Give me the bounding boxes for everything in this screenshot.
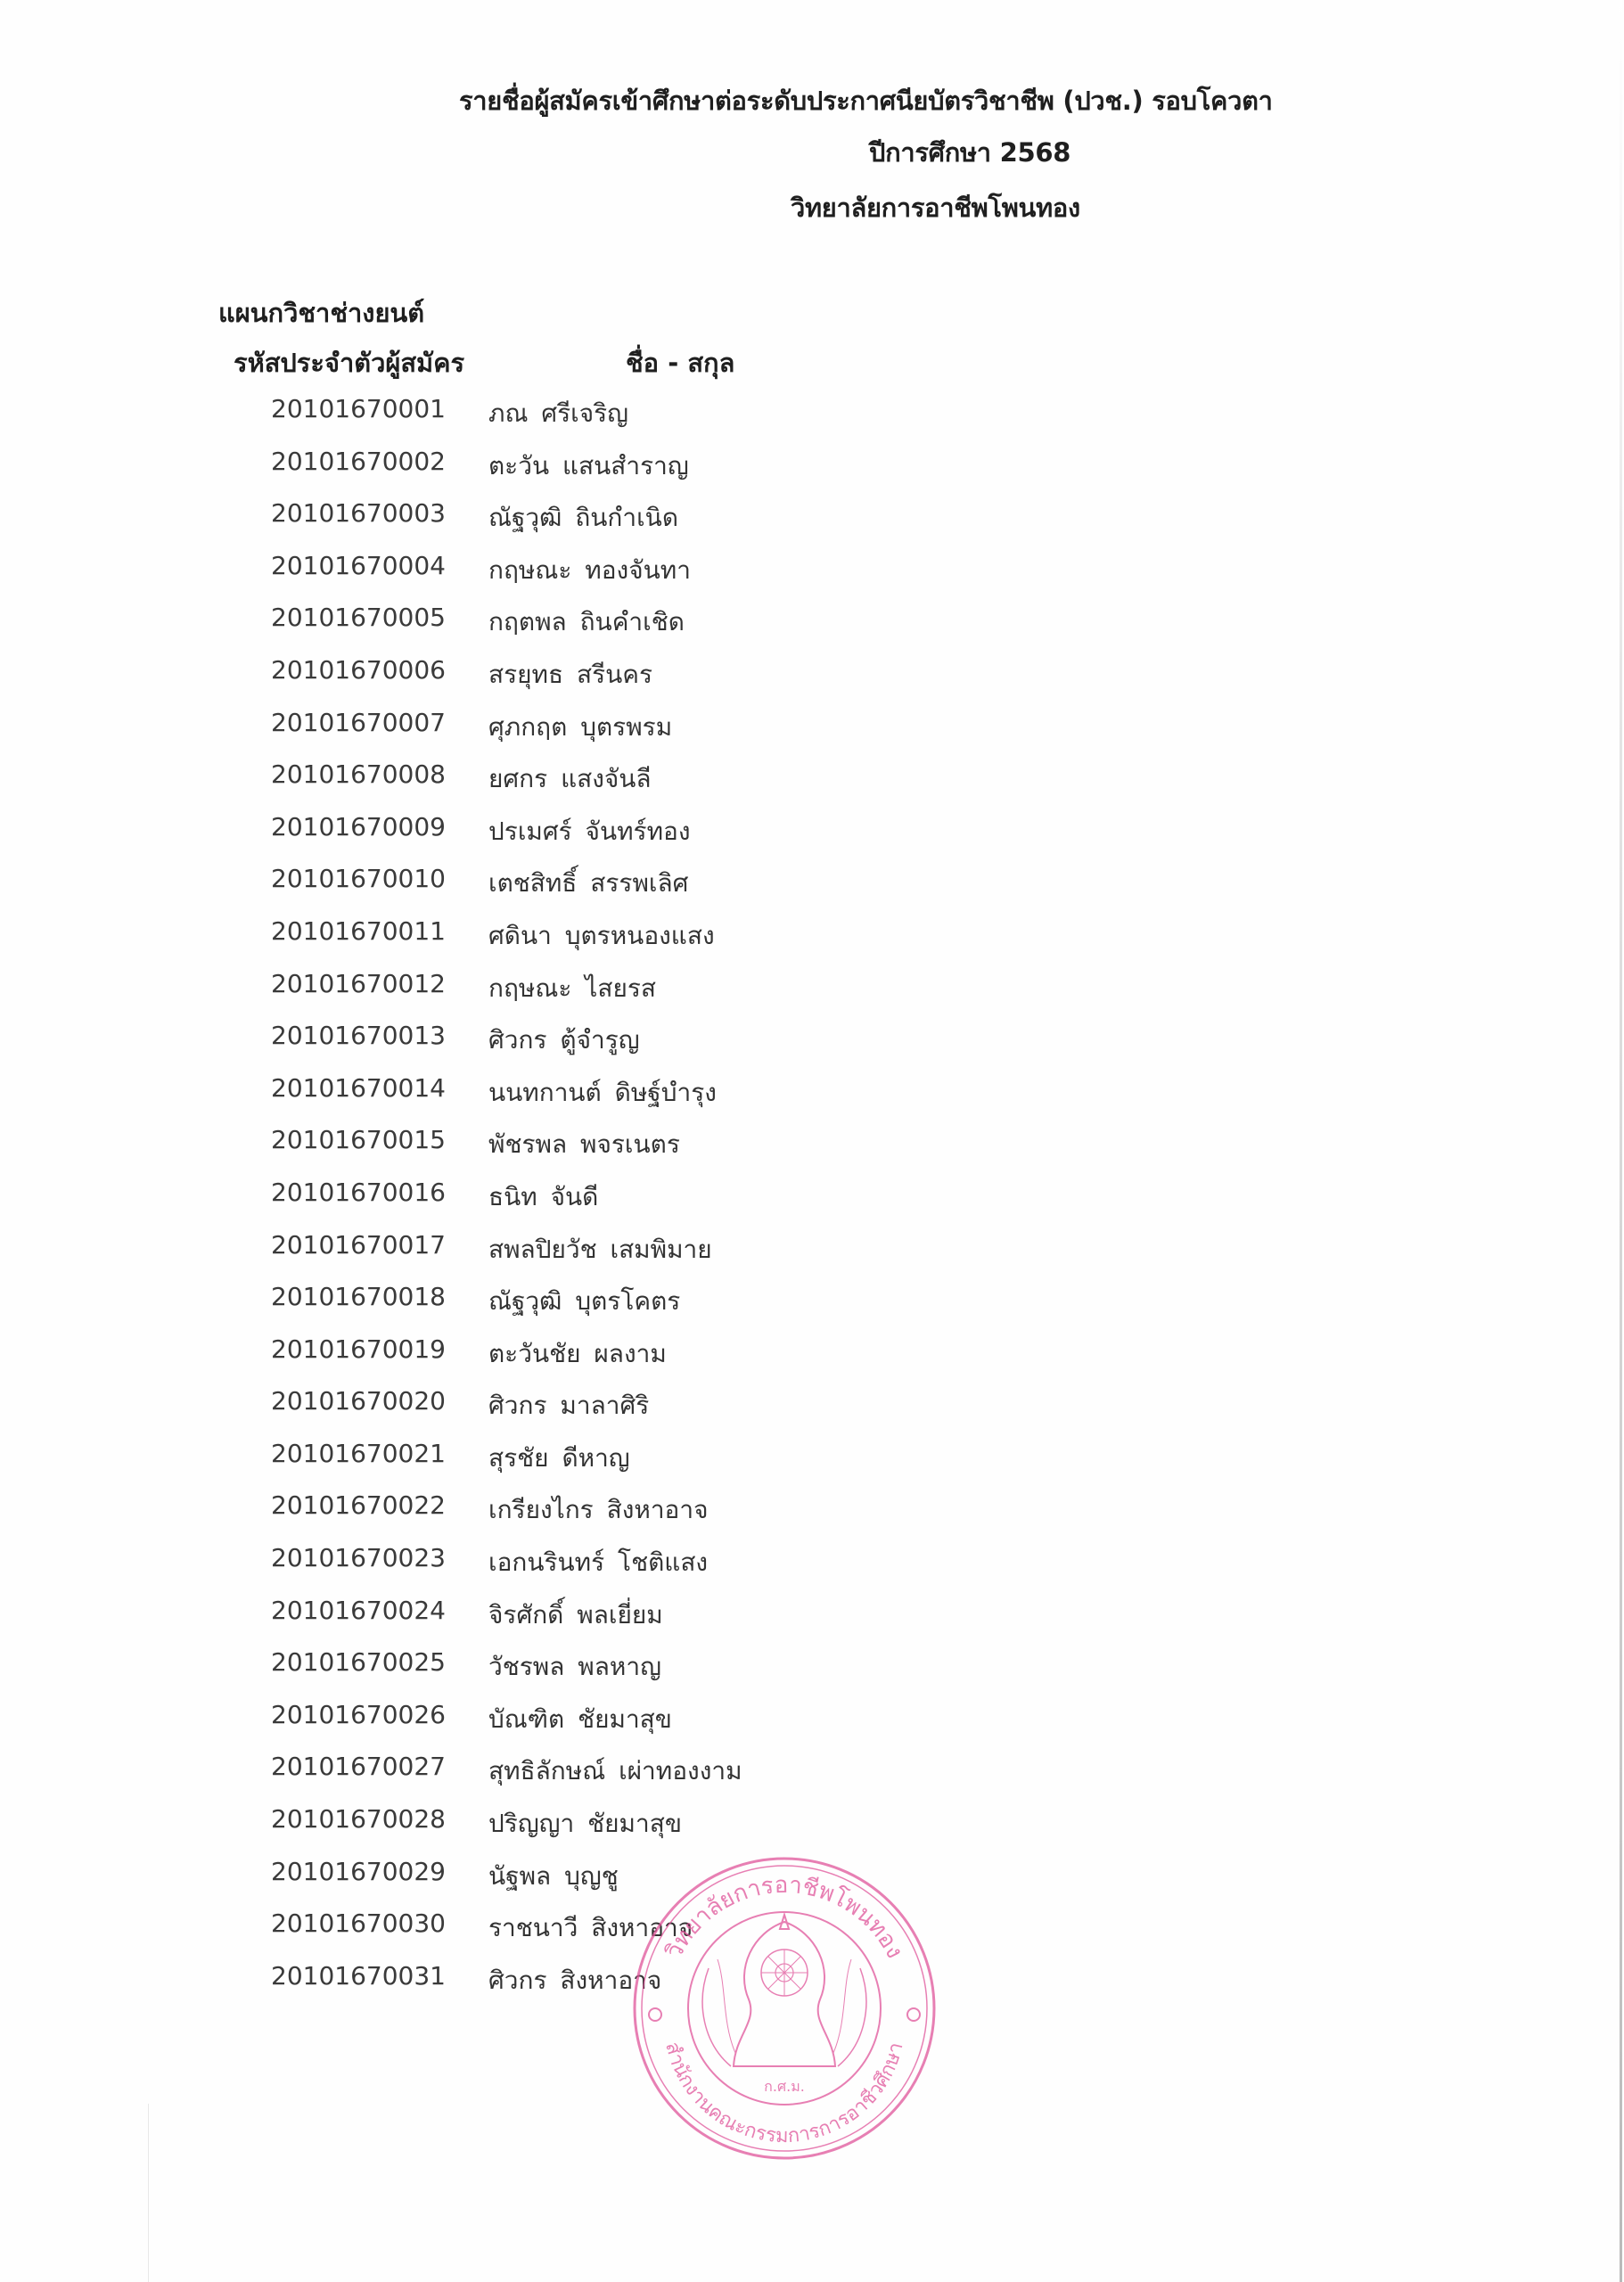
table-row: 20101670030ราชนาวี สิงหาอาจ xyxy=(0,1909,1624,1961)
applicant-name: สรยุทธ สรีนคร xyxy=(488,655,652,694)
college-name: วิทยาลัยการอาชีพโพนทอง xyxy=(791,187,1080,228)
table-row: 20101670019ตะวันชัย ผลงาม xyxy=(0,1334,1624,1387)
applicant-id: 20101670019 xyxy=(271,1334,446,1364)
applicant-id: 20101670021 xyxy=(271,1439,446,1468)
applicant-id: 20101670004 xyxy=(271,551,446,580)
table-row: 20101670007ศุภกฤต บุตรพรม xyxy=(0,708,1624,760)
applicant-name: วัชรพล พลหาญ xyxy=(488,1647,661,1687)
applicant-name: ปริญญา ชัยมาสุข xyxy=(488,1804,682,1843)
table-row: 20101670021สุรชัย ดีหาญ xyxy=(0,1439,1624,1491)
applicant-id: 20101670011 xyxy=(271,916,446,946)
table-row: 20101670022เกรียงไกร สิงหาอาจ xyxy=(0,1490,1624,1543)
department-heading: แผนกวิชาช่างยนต์ xyxy=(218,292,424,333)
column-header-applicant-id: รหัสประจำตัวผู้สมัคร xyxy=(234,342,464,383)
applicant-name: ยศกร แสงจันลี xyxy=(488,759,652,799)
applicant-id: 20101670014 xyxy=(271,1073,446,1103)
table-row: 20101670009ปรเมศร์ จันทร์ทอง xyxy=(0,812,1624,865)
table-row: 20101670018ณัฐวุฒิ บุตรโคตร xyxy=(0,1282,1624,1334)
svg-text:ก.ศ.ม.: ก.ศ.ม. xyxy=(764,2078,805,2095)
academic-year: ปีการศึกษา 2568 xyxy=(869,132,1070,173)
applicant-name: สุรชัย ดีหาญ xyxy=(488,1439,630,1478)
applicant-name: นัฐพล บุญชู xyxy=(488,1857,619,1896)
applicant-name: ราชนาวี สิงหาอาจ xyxy=(488,1909,693,1948)
applicant-id: 20101670002 xyxy=(271,447,446,476)
applicant-id: 20101670029 xyxy=(271,1857,446,1886)
table-row: 20101670013ศิวกร ตู้จำรูญ xyxy=(0,1021,1624,1073)
svg-text:สำนักงานคณะกรรมการการอาชีวศึกษ: สำนักงานคณะกรรมการการอาชีวศึกษา xyxy=(660,2040,908,2147)
table-row: 20101670016ธนิท จันดี xyxy=(0,1178,1624,1230)
applicant-id: 20101670013 xyxy=(271,1021,446,1050)
table-row: 20101670001ภณ ศรีเจริญ xyxy=(0,394,1624,447)
applicant-name: ศิวกร ตู้จำรูญ xyxy=(488,1021,640,1060)
applicant-id: 20101670015 xyxy=(271,1125,446,1154)
table-row: 20101670029นัฐพล บุญชู xyxy=(0,1857,1624,1909)
applicant-name: ตะวันชัย ผลงาม xyxy=(488,1334,667,1374)
applicant-name: กฤษณะ ทองจันทา xyxy=(488,551,691,590)
applicant-name: ศดินา บุตรหนองแสง xyxy=(488,916,715,956)
applicant-id: 20101670001 xyxy=(271,394,446,423)
applicant-name: เตชสิทธิ์ สรรพเลิศ xyxy=(488,864,688,903)
applicant-id: 20101670024 xyxy=(271,1596,446,1625)
table-row: 20101670020ศิวกร มาลาศิริ xyxy=(0,1386,1624,1439)
applicant-id: 20101670030 xyxy=(271,1909,446,1938)
applicant-name: เกรียงไกร สิงหาอาจ xyxy=(488,1490,709,1530)
applicant-id: 20101670017 xyxy=(271,1230,446,1260)
table-row: 20101670025วัชรพล พลหาญ xyxy=(0,1647,1624,1700)
table-row: 20101670005กฤตพล ถินคำเชิด xyxy=(0,603,1624,655)
applicant-id: 20101670005 xyxy=(271,603,446,632)
applicant-id: 20101670028 xyxy=(271,1804,446,1834)
applicant-id: 20101670016 xyxy=(271,1178,446,1207)
applicant-name: ณัฐวุฒิ ถินกำเนิด xyxy=(488,498,678,538)
applicant-name: ธนิท จันดี xyxy=(488,1178,598,1217)
table-row: 20101670026บัณฑิต ชัยมาสุข xyxy=(0,1700,1624,1753)
applicant-id: 20101670007 xyxy=(271,708,446,737)
applicant-id: 20101670025 xyxy=(271,1647,446,1677)
applicant-id: 20101670027 xyxy=(271,1752,446,1781)
table-row: 20101670002ตะวัน แสนสำราญ xyxy=(0,447,1624,499)
applicant-name: จิรศักดิ์ พลเยี่ยม xyxy=(488,1596,663,1635)
applicant-id: 20101670009 xyxy=(271,812,446,841)
table-row: 20101670003ณัฐวุฒิ ถินกำเนิด xyxy=(0,498,1624,551)
applicant-id: 20101670008 xyxy=(271,759,446,789)
column-header-full-name: ชื่อ - สกุล xyxy=(626,342,734,383)
table-row: 20101670012กฤษณะ ไสยรส xyxy=(0,969,1624,1022)
table-row: 20101670006สรยุทธ สรีนคร xyxy=(0,655,1624,708)
table-row: 20101670028ปริญญา ชัยมาสุข xyxy=(0,1804,1624,1857)
applicant-name: เอกนรินทร์ โชติแสง xyxy=(488,1543,708,1582)
table-row: 20101670031ศิวกร สิงหาอาจ xyxy=(0,1961,1624,2014)
table-row: 20101670023เอกนรินทร์ โชติแสง xyxy=(0,1543,1624,1596)
applicant-id: 20101670023 xyxy=(271,1543,446,1572)
applicant-name: กฤษณะ ไสยรส xyxy=(488,969,656,1008)
applicant-name: สพลปิยวัช เสมพิมาย xyxy=(488,1230,712,1269)
table-row: 20101670004กฤษณะ ทองจันทา xyxy=(0,551,1624,603)
applicant-id: 20101670010 xyxy=(271,864,446,893)
applicant-id: 20101670018 xyxy=(271,1282,446,1311)
table-row: 20101670008ยศกร แสงจันลี xyxy=(0,759,1624,812)
table-row: 20101670015พัชรพล พจรเนตร xyxy=(0,1125,1624,1178)
document-title: รายชื่อผู้สมัครเข้าศึกษาต่อระดับประกาศนี… xyxy=(459,80,1273,121)
applicant-name: ศิวกร มาลาศิริ xyxy=(488,1386,649,1425)
applicant-id: 20101670020 xyxy=(271,1386,446,1416)
applicant-id: 20101670022 xyxy=(271,1490,446,1520)
applicant-id: 20101670012 xyxy=(271,969,446,998)
applicant-name: กฤตพล ถินคำเชิด xyxy=(488,603,685,642)
applicant-id: 20101670006 xyxy=(271,655,446,685)
applicant-id: 20101670003 xyxy=(271,498,446,528)
applicant-name: ภณ ศรีเจริญ xyxy=(488,394,628,433)
applicant-name: ณัฐวุฒิ บุตรโคตร xyxy=(488,1282,680,1321)
table-row: 20101670011ศดินา บุตรหนองแสง xyxy=(0,916,1624,969)
applicant-name: ปรเมศร์ จันทร์ทอง xyxy=(488,812,691,851)
applicant-name: ศิวกร สิงหาอาจ xyxy=(488,1961,661,2000)
table-row: 20101670010เตชสิทธิ์ สรรพเลิศ xyxy=(0,864,1624,916)
applicant-list: 20101670001ภณ ศรีเจริญ20101670002ตะวัน แ… xyxy=(0,394,1624,2013)
applicant-name: พัชรพล พจรเนตร xyxy=(488,1125,680,1164)
table-row: 20101670024จิรศักดิ์ พลเยี่ยม xyxy=(0,1596,1624,1648)
table-row: 20101670017สพลปิยวัช เสมพิมาย xyxy=(0,1230,1624,1283)
applicant-name: บัณฑิต ชัยมาสุข xyxy=(488,1700,672,1739)
table-row: 20101670027สุทธิลักษณ์ เผ่าทองงาม xyxy=(0,1752,1624,1804)
applicant-name: ศุภกฤต บุตรพรม xyxy=(488,708,672,747)
applicant-name: นนทกานต์ ดิษฐ์บำรุง xyxy=(488,1073,717,1112)
applicant-id: 20101670031 xyxy=(271,1961,446,1991)
table-row: 20101670014นนทกานต์ ดิษฐ์บำรุง xyxy=(0,1073,1624,1126)
scan-edge-mark xyxy=(148,2104,149,2282)
applicant-id: 20101670026 xyxy=(271,1700,446,1729)
applicant-name: สุทธิลักษณ์ เผ่าทองงาม xyxy=(488,1752,742,1791)
applicant-name: ตะวัน แสนสำราญ xyxy=(488,447,689,486)
document-page: รายชื่อผู้สมัครเข้าศึกษาต่อระดับประกาศนี… xyxy=(0,0,1624,2282)
